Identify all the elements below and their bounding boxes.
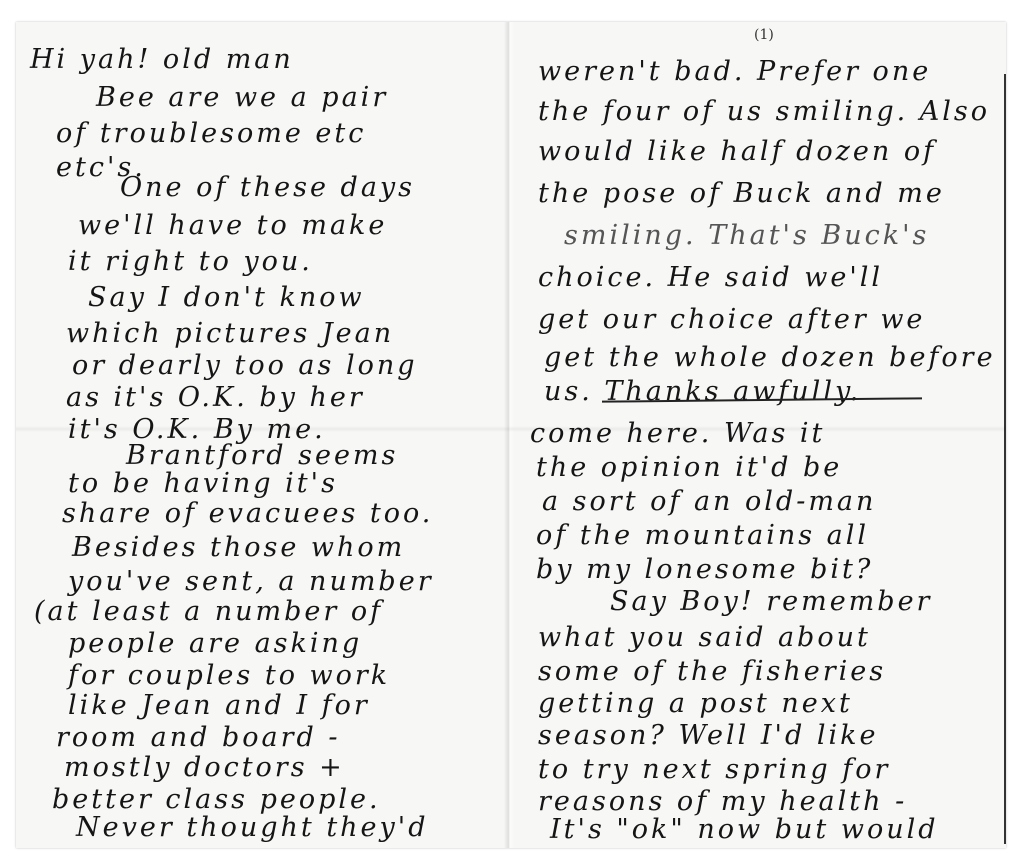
- right-page: (1) weren't bad. Prefer one the four of …: [514, 22, 1006, 848]
- letter-line: to try next spring for: [538, 756, 890, 783]
- letter-line: get the whole dozen before: [544, 344, 996, 371]
- letter-line: choice. He said we'll: [538, 264, 883, 291]
- letter-line: which pictures Jean: [66, 320, 394, 347]
- letter-line: the four of us smiling. Also: [538, 98, 990, 125]
- letter-line: of the mountains all: [536, 522, 869, 549]
- letter-line: Brantford seems: [126, 442, 398, 469]
- letter-line: (at least a number of: [34, 598, 383, 625]
- letter-line: would like half dozen of: [538, 138, 936, 165]
- letter-line: Say Boy! remember: [610, 588, 932, 615]
- letter-line: Never thought they'd: [76, 814, 429, 841]
- letter-line: smiling. That's Buck's: [564, 222, 929, 249]
- letter-line: we'll have to make: [78, 212, 387, 239]
- letter-line: better class people.: [52, 786, 381, 813]
- page-number-marker: (1): [754, 28, 774, 42]
- letter-line: room and board -: [56, 724, 341, 751]
- letter-line: Besides those whom: [72, 534, 405, 561]
- letter-line: it's O.K. By me.: [68, 416, 326, 443]
- letter-line: come here. Was it: [530, 420, 825, 447]
- letter-line: season? Well I'd like: [538, 722, 878, 749]
- letter-line: the pose of Buck and me: [538, 180, 945, 207]
- letter-line: some of the fisheries: [538, 658, 886, 685]
- letter-line: by my lonesome bit?: [536, 556, 873, 583]
- letter-line: it right to you.: [68, 248, 313, 275]
- letter-line: as it's O.K. by her: [66, 384, 365, 411]
- letter-line: people are asking: [68, 630, 362, 657]
- letter-line: you've sent, a number: [68, 568, 434, 595]
- letter-line: what you said about: [538, 624, 871, 651]
- letter-line: Hi yah! old man: [30, 46, 294, 73]
- letter-line: get our choice after we: [538, 306, 925, 333]
- letter-line: One of these days: [120, 174, 415, 201]
- letter-line: Say I don't know: [88, 284, 365, 311]
- letter-line: reasons of my health -: [538, 788, 907, 815]
- letter-line: getting a post next: [538, 690, 853, 717]
- left-page: Hi yah! old man Bee are we a pair of tro…: [16, 22, 506, 848]
- letter-line: for couples to work: [68, 662, 390, 689]
- letter-line: of troublesome etc: [56, 120, 366, 147]
- letter-spread: Hi yah! old man Bee are we a pair of tro…: [16, 22, 1006, 848]
- letter-line: Bee are we a pair: [96, 84, 388, 111]
- letter-line: or dearly too as long: [72, 352, 418, 379]
- letter-line: like Jean and I for: [68, 692, 370, 719]
- letter-line: weren't bad. Prefer one: [538, 58, 931, 85]
- letter-line: It's "ok" now but would: [550, 816, 939, 843]
- letter-line: a sort of an old-man: [542, 488, 876, 515]
- letter-line: the opinion it'd be: [536, 454, 842, 481]
- letter-line: share of evacuees too.: [62, 500, 433, 527]
- letter-line: to be having it's: [68, 470, 338, 497]
- letter-line: mostly doctors +: [64, 754, 345, 781]
